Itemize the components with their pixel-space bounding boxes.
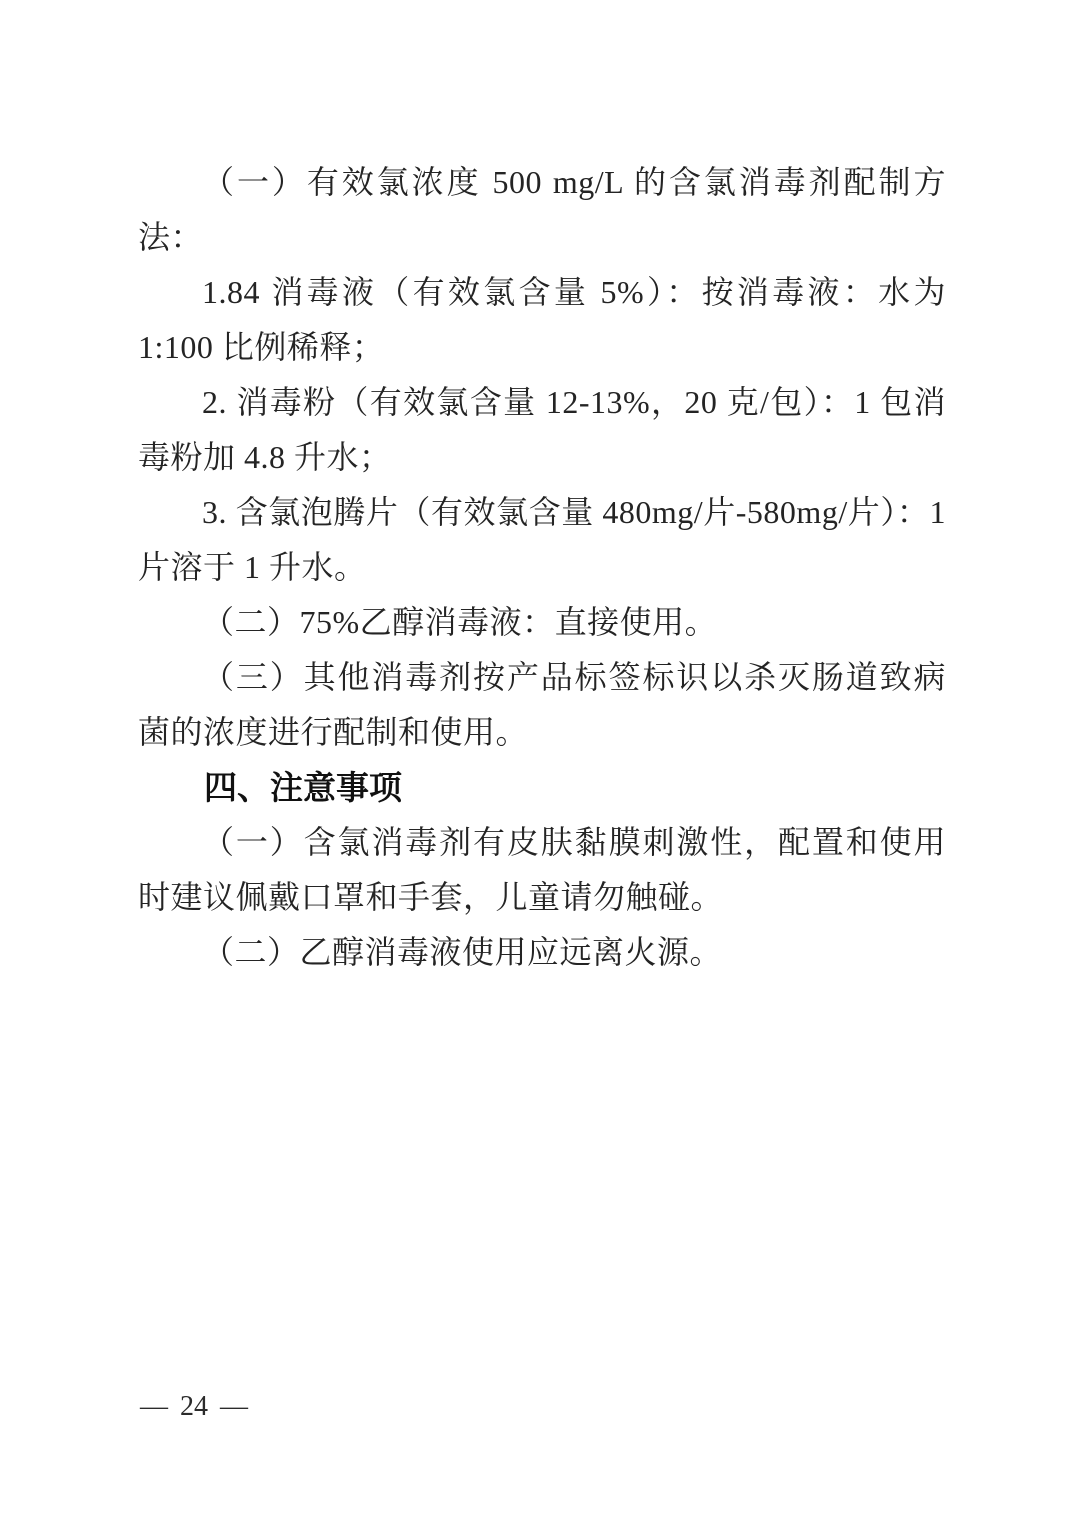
document-body: （一）有效氯浓度 500 mg/L 的含氯消毒剂配制方法： 1.84 消毒液（有… (138, 155, 946, 980)
page-number-footer: — 24 — (140, 1390, 248, 1424)
para-method-3-effervescent-tablet: 3. 含氯泡腾片（有效氯含量 480mg/片-580mg/片）：1 片溶于 1 … (138, 485, 946, 595)
para-other-disinfectants: （三）其他消毒剂按产品标签标识以杀灭肠道致病菌的浓度进行配制和使用。 (138, 650, 946, 760)
para-method-1-84-disinfectant-liquid: 1.84 消毒液（有效氯含量 5%）：按消毒液：水为 1:100 比例稀释； (138, 265, 946, 375)
para-chlorine-500-method-intro: （一）有效氯浓度 500 mg/L 的含氯消毒剂配制方法： (138, 155, 946, 265)
para-method-2-disinfectant-powder: 2. 消毒粉（有效氯含量 12-13%，20 克/包）：1 包消毒粉加 4.8 … (138, 375, 946, 485)
para-ethanol-75-percent: （二）75%乙醇消毒液：直接使用。 (138, 595, 946, 650)
document-page: （一）有效氯浓度 500 mg/L 的含氯消毒剂配制方法： 1.84 消毒液（有… (0, 0, 1080, 1527)
page-number: 24 (180, 1390, 208, 1424)
para-precaution-1-skin-irritation: （一）含氯消毒剂有皮肤黏膜刺激性，配置和使用时建议佩戴口罩和手套，儿童请勿触碰。 (138, 815, 946, 925)
footer-left-dash: — (140, 1390, 168, 1424)
heading-precautions: 四、注意事项 (138, 760, 946, 815)
footer-right-dash: — (220, 1390, 248, 1424)
para-precaution-2-ethanol-fire: （二）乙醇消毒液使用应远离火源。 (138, 925, 946, 980)
